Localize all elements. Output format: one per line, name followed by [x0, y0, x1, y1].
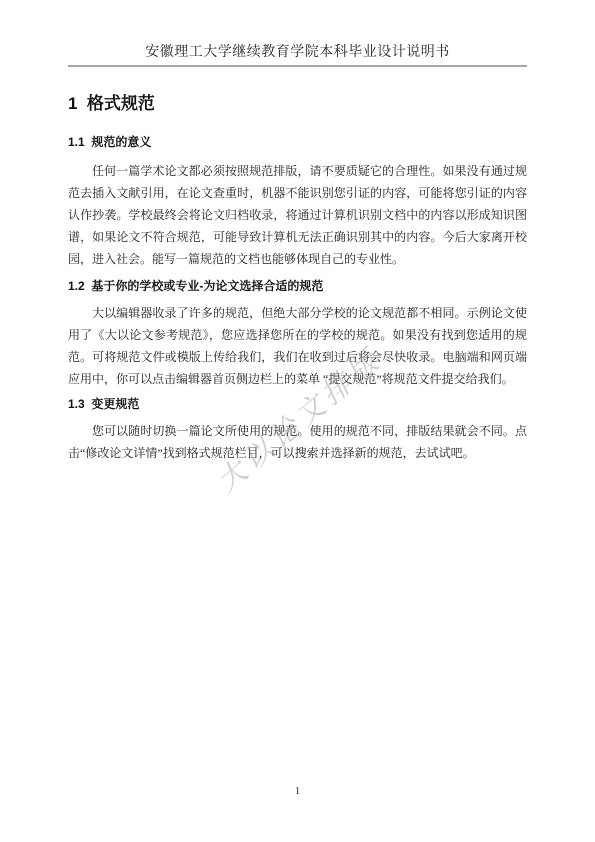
header-title: 安徽理工大学继续教育学院本科毕业设计说明书: [68, 44, 527, 62]
header-rule: [68, 65, 527, 67]
page-footer: 1: [0, 785, 595, 798]
section-heading-1-3: 1.3 变更规范: [68, 395, 527, 413]
paragraph-1-3: 您可以随时切换一篇论文所使用的规范。使用的规范不同，排版结果就会不同。点击“修改…: [68, 420, 527, 464]
section-heading-1-2: 1.2 基于你的学校或专业-为论文选择合适的规范: [68, 277, 527, 295]
page-number: 1: [0, 785, 595, 798]
document-body: 1 格式规范 1.1 规范的意义 任何一篇学术论文都必须按照规范排版，请不要质疑…: [68, 92, 527, 464]
document-page: 安徽理工大学继续教育学院本科毕业设计说明书 1 格式规范 1.1 规范的意义 任…: [0, 0, 595, 842]
section-heading-1-1: 1.1 规范的意义: [68, 133, 527, 151]
page-header: 安徽理工大学继续教育学院本科毕业设计说明书: [68, 0, 527, 67]
chapter-heading: 1 格式规范: [68, 92, 527, 116]
paragraph-1-2: 大以编辑器收录了许多的规范，但绝大部分学校的论文规范都不相同。示例论文使用了《大…: [68, 302, 527, 390]
paragraph-1-1: 任何一篇学术论文都必须按照规范排版，请不要质疑它的合理性。如果没有通过规范去插入…: [68, 160, 527, 270]
